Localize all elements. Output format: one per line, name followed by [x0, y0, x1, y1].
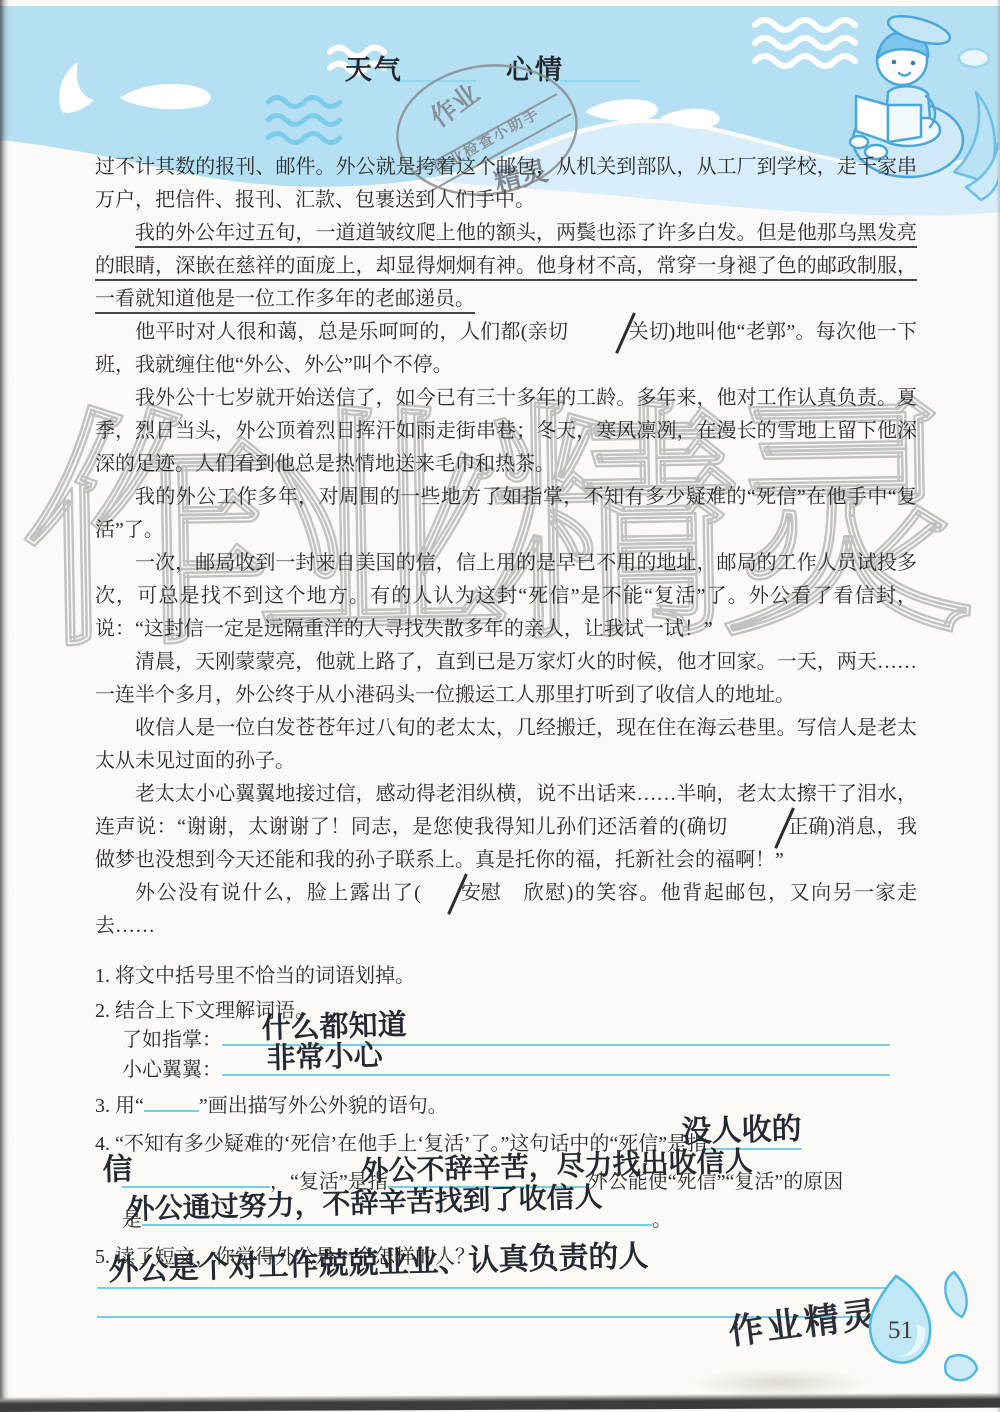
hand-underlined-sentence: 我的外公年过五旬，一道道皱纹爬上他的额头，两鬓也添了许多白发。但是他那乌黑发亮的…	[95, 222, 917, 314]
printed-text: 一次，邮局收到一封来自美国的信，信上用的是早已不用的地址，邮局的工作人员试投多次…	[95, 552, 917, 640]
page-number: 51	[888, 1317, 913, 1344]
printed-text: 。	[652, 1209, 672, 1231]
document-body: 过不计其数的报刊、邮件。外公就是挎着这个邮包，从机关到部队，从工厂到学校，走千家…	[95, 151, 917, 1326]
workbook-page: 天气 心情 作业 作业检查小助手 精灵	[0, 0, 1000, 1412]
printed-text: )	[828, 816, 835, 838]
stamp-text-top: 作业	[425, 79, 484, 133]
printed-text: 清晨，天刚蒙蒙亮，他就上路了，直到已是万家灯火的时候，他才回家。一天，两天……一…	[95, 651, 917, 706]
scan-edge-bottom	[0, 1393, 1000, 1412]
handwritten-answer: 没人收的	[708, 1115, 802, 1147]
water-drop-decoration: 51	[858, 1260, 990, 1400]
printed-text: 了如指掌：	[122, 1029, 222, 1051]
question-number: 2.	[95, 1000, 115, 1022]
printed-text: 我的外公工作多年，对周围的一些地方了如指掌，不知有多少疑难的“死信”在他手中“复…	[95, 486, 917, 541]
printed-text: 收信人是一位白发苍苍年过八旬的老太太，几经搬迁，现在住在海云巷里。写信人是老太太…	[95, 717, 917, 772]
scan-edge-right	[996, 0, 1000, 1412]
passage-paragraph: 外公没有说什么，脸上露出了(安慰 欣慰)的笑容。他背起邮包，又向另一家走去……	[95, 877, 917, 943]
passage-paragraph: 过不计其数的报刊、邮件。外公就是挎着这个邮包，从机关到部队，从工厂到学校，走千家…	[95, 151, 917, 217]
printed-text: 他平时对人很和蔼，总是乐呵呵的，人们都	[135, 321, 521, 343]
passage-paragraph: 我的外公工作多年，对周围的一些地方了如指掌，不知有多少疑难的“死信”在他手中“复…	[95, 481, 917, 547]
question-number: 1.	[95, 965, 115, 987]
printed-text: 过不计其数的报刊、邮件。外公就是挎着这个邮包，从机关到部队，从工厂到学校，走千家…	[95, 156, 917, 211]
answer-row: 小心翼翼：非常小心	[95, 1052, 917, 1088]
printed-text: 我外公十七岁就开始送信了，如今已有三十多年的工龄。多年来，他对工作认真负责。夏季…	[95, 387, 917, 475]
handwritten-answer: 什么都知道	[261, 1010, 407, 1043]
answer-blank-line: 信	[122, 1167, 270, 1188]
passage-paragraph: 他平时对人很和蔼，总是乐呵呵的，人们都(亲切 关切)地叫他“老郭”。每次他一下班…	[95, 316, 917, 382]
choice-option: 亲切	[527, 321, 568, 343]
handwritten-answer: 信	[129, 1155, 133, 1185]
choice-option: 确切	[686, 816, 728, 838]
question-number: 3.	[95, 1095, 115, 1117]
answer-blank-line: 外公通过努力，不辞辛苦找到了收信人	[142, 1205, 652, 1226]
passage-paragraph: 我外公十七岁就开始送信了，如今已有三十多年的工龄。多年来，他对工作认真负责。夏季…	[95, 382, 917, 481]
printed-text: ”画出描写外公外貌的语句。	[199, 1095, 448, 1117]
printed-text: (	[414, 882, 421, 904]
answer-blank-line: 外公是个对工作兢兢业业、认真负责的人	[97, 1268, 912, 1289]
question: 4. “不知有多少疑难的‘死信’在他手上‘复活’了。”这句话中的“死信”是指没人…	[95, 1125, 917, 1239]
scan-edge-left	[0, 0, 9, 1412]
passage-paragraph: 我的外公年过五旬，一道道皱纹爬上他的额头，两鬓也添了许多白发。但是他那乌黑发亮的…	[95, 217, 917, 316]
choice-option: 欣慰	[524, 882, 567, 904]
answer-blank-line	[144, 1091, 199, 1112]
printed-text: 将文中括号里不恰当的词语划掉。	[115, 965, 415, 987]
printed-text: 外公没有说什么，脸上露出了	[135, 882, 414, 904]
choice-option: 正确	[748, 811, 828, 844]
passage-paragraph: 老太太小心翼翼地接过信，感动得老泪纵横，说不出话来……半晌，老太太擦干了泪水，连…	[95, 778, 917, 877]
printed-text	[568, 321, 588, 343]
handwritten-answer: 非常小心	[266, 1041, 383, 1073]
answer-blank-line: 非常小心	[222, 1055, 890, 1076]
answer-row: 外公是个对工作兢兢业业、认真负责的人	[95, 1268, 917, 1297]
passage-paragraph: 清晨，天刚蒙蒙亮，他就上路了，直到已是万家灯火的时候，他才回家。一天，两天……一…	[95, 646, 917, 712]
choice-option: 关切	[589, 316, 669, 349]
printed-text: 用“	[115, 1095, 144, 1117]
handwritten-answer: 外公通过努力，不辞辛苦找到了收信人	[153, 1183, 603, 1223]
printed-text	[728, 816, 749, 838]
question: 1. 将文中括号里不恰当的词语划掉。	[95, 960, 917, 993]
printed-text	[501, 882, 524, 904]
choice-option: 安慰	[421, 877, 501, 910]
passage-paragraph: 收信人是一位白发苍苍年过八旬的老太太，几经搬迁，现在住在海云巷里。写信人是老太太…	[95, 712, 917, 778]
passage-paragraph: 一次，邮局收到一封来自美国的信，信上用的是早已不用的地址，邮局的工作人员试投多次…	[95, 547, 917, 646]
printed-text: 小心翼翼：	[122, 1059, 222, 1081]
